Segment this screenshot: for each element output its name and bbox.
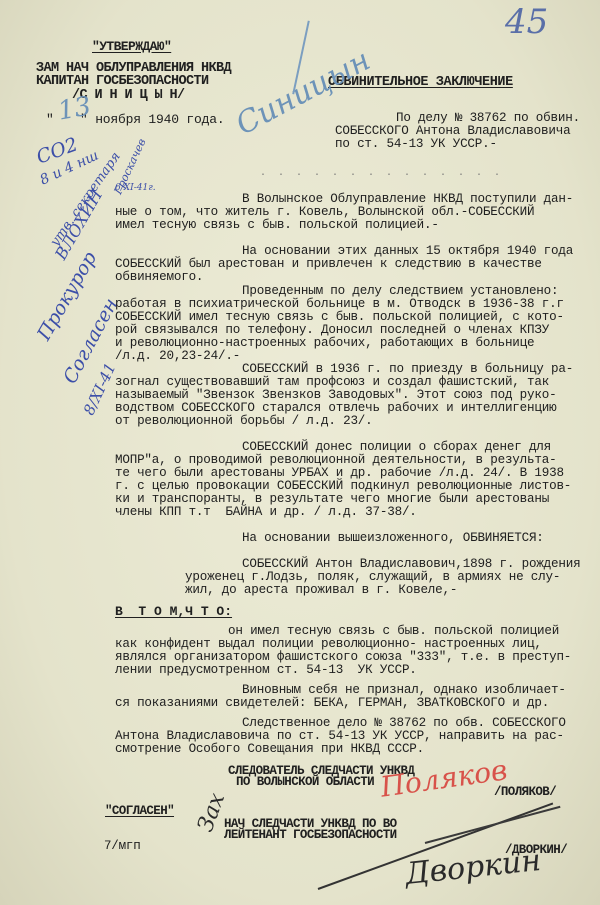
date-open-quote: " [46,113,54,126]
divider: . . . . . . . . . . . . . . [260,168,503,179]
p4-line5: от революционной борьбы / л.д. 23/. [115,415,373,428]
p8-line4: лении предусмотренном ст. 54-13 УК УССР. [115,664,417,677]
chief-title-line2: ЛЕЙТЕНАНТ ГОСБЕЗОПАСНОСТИ [224,829,397,842]
p3-line6: /л.д. 20,23-24/.- [115,350,240,363]
investigator-title-line2: ПО ВОЛЫНСКОЙ ОБЛАСТИ [236,776,374,789]
approval-stamp: "УТВЕРЖДАЮ" [92,40,171,53]
handwritten-day: 13 [56,91,94,126]
p6-charge-heading: На основании вышеизложенного, ОБВИНЯЕТСЯ… [242,532,544,545]
approval-date: " ноября 1940 года. [80,113,224,126]
p1-line3: имел тесную связь с быв. польской полици… [115,219,439,232]
signature-polyakov: Поляков [378,753,509,803]
in-that-heading: В Т О М,Ч Т О: [115,605,232,618]
p9-line2: ся показаниями свидетелей: БЕКА, ГЕРМАН,… [115,697,549,710]
p5-line6: члены КПП т.т БАЙНА и др. / л.д. 37-38/. [115,506,417,519]
margin-note-6: 6/XI-41г. [115,183,156,193]
approval-line2: КАПИТАН ГОСБЕЗОПАСНОСТИ [36,75,209,88]
page-number: 45 [505,2,548,42]
p10-line3: смотрение Особого Совещания при НКВД ССС… [115,743,424,756]
signature-stroke-line [425,806,561,844]
p2-line3: обвиняемого. [115,271,203,284]
document-page: 45 "УТВЕРЖДАЮ" ЗАМ НАЧ ОБЛУПРАВЛЕНИЯ НКВ… [0,0,600,905]
investigator-name: /ПОЛЯКОВ/ [494,786,556,799]
agreed-stamp: "СОГЛАСЕН" [105,805,174,818]
case-ref-line3: по ст. 54-13 УК УССР.- [335,138,497,151]
typist-code: 7/мгп [104,840,141,853]
p7-line3: жил, до ареста проживал в г. Ковеле,- [185,584,457,597]
